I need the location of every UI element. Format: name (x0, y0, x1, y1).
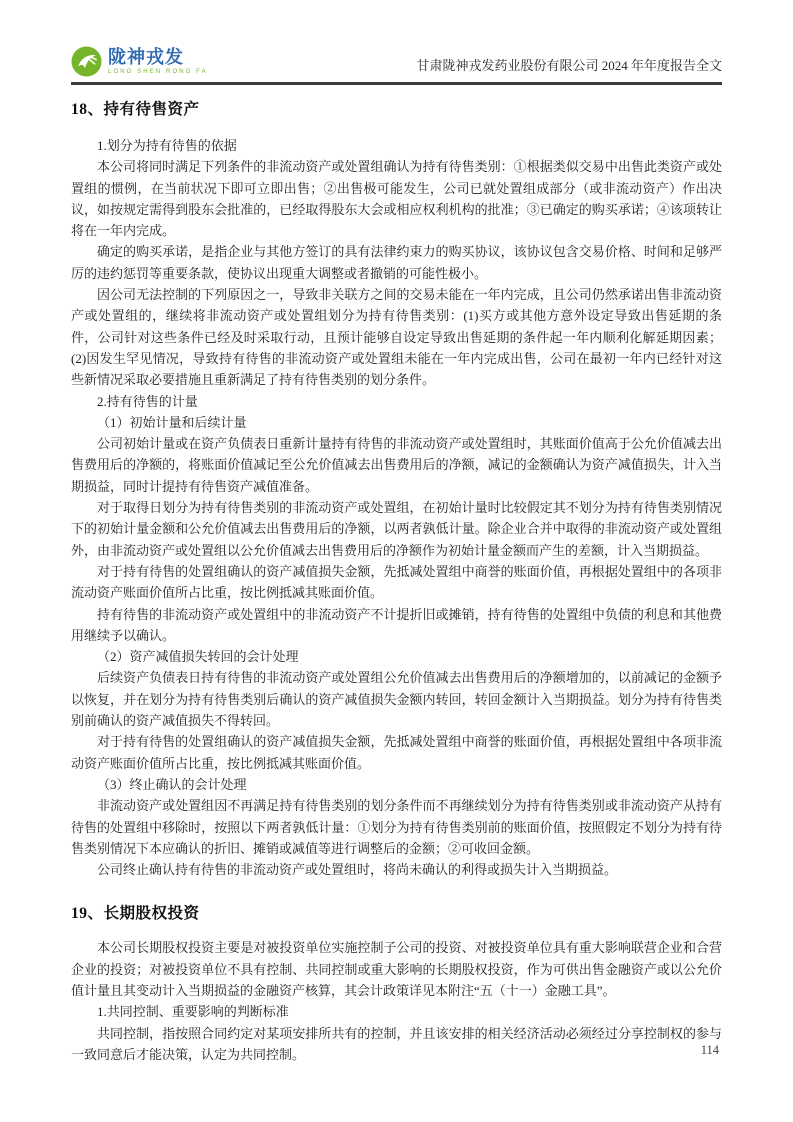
paragraph: 本公司长期股权投资主要是对被投资单位实施控制子公司的投资、对被投资单位具有重大影… (71, 937, 722, 1001)
paragraph: （3）终止确认的会计处理 (71, 774, 722, 795)
paragraph: （1）初始计量和后续计量 (71, 412, 722, 433)
paragraph: 因公司无法控制的下列原因之一，导致非关联方之间的交易未能在一年内完成，且公司仍然… (71, 284, 722, 390)
longshen-logo-icon (71, 46, 102, 77)
logo-name-cn: 陇神戎发 (108, 48, 208, 66)
logo-names: 陇神戎发 LONG SHEN RONG FA (108, 48, 208, 75)
paragraph: 本公司将同时满足下列条件的非流动资产或处置组确认为持有待售类别：①根据类似交易中… (71, 156, 722, 241)
section-held-for-sale-assets: 18、持有待售资产 1.划分为持有待售的依据本公司将同时满足下列条件的非流动资产… (71, 97, 722, 880)
section-long-term-equity-investment: 19、长期股权投资 本公司长期股权投资主要是对被投资单位实施控制子公司的投资、对… (71, 901, 722, 1065)
section-heading: 18、持有待售资产 (71, 97, 722, 119)
section-body: 1.划分为持有待售的依据本公司将同时满足下列条件的非流动资产或处置组确认为持有待… (71, 135, 722, 880)
section-body: 本公司长期股权投资主要是对被投资单位实施控制子公司的投资、对被投资单位具有重大影… (71, 937, 722, 1065)
page-number: 114 (701, 1043, 719, 1058)
paragraph: 持有待售的非流动资产或处置组中的非流动资产不计提折旧或摊销，持有待售的处置组中负… (71, 604, 722, 647)
paragraph: 非流动资产或处置组因不再满足持有待售类别的划分条件而不再继续划分为持有待售类别或… (71, 795, 722, 859)
paragraph: 后续资产负债表日持有待售的非流动资产或处置组公允价值减去出售费用后的净额增加的，… (71, 667, 722, 731)
report-title: 甘肃陇神戎发药业股份有限公司 2024 年年度报告全文 (416, 55, 722, 77)
paragraph: 对于持有待售的处置组确认的资产减值损失金额，先抵减处置组中商誉的账面价值，再根据… (71, 561, 722, 604)
page-header: 陇神戎发 LONG SHEN RONG FA 甘肃陇神戎发药业股份有限公司 20… (71, 46, 722, 85)
paragraph: 1.划分为持有待售的依据 (71, 135, 722, 156)
paragraph: 公司终止确认持有待售的非流动资产或处置组时，将尚未确认的利得或损失计入当期损益。 (71, 859, 722, 880)
paragraph: 2.持有待售的计量 (71, 391, 722, 412)
company-logo: 陇神戎发 LONG SHEN RONG FA (71, 46, 208, 77)
report-page: 陇神戎发 LONG SHEN RONG FA 甘肃陇神戎发药业股份有限公司 20… (0, 0, 793, 1065)
paragraph: 共同控制，指按照合同约定对某项安排所共有的控制，并且该安排的相关经济活动必须经过… (71, 1023, 722, 1066)
paragraph: 1.共同控制、重要影响的判断标准 (71, 1001, 722, 1022)
paragraph: 确定的购买承诺，是指企业与其他方签订的具有法律约束力的购买协议，该协议包含交易价… (71, 241, 722, 284)
section-heading: 19、长期股权投资 (71, 901, 722, 923)
paragraph: 对于取得日划分为持有待售类别的非流动资产或处置组，在初始计量时比较假定其不划分为… (71, 497, 722, 561)
paragraph: （2）资产减值损失转回的会计处理 (71, 646, 722, 667)
paragraph: 公司初始计量或在资产负债表日重新计量持有待售的非流动资产或处置组时，其账面价值高… (71, 433, 722, 497)
logo-name-en: LONG SHEN RONG FA (108, 69, 208, 75)
paragraph: 对于持有待售的处置组确认的资产减值损失金额，先抵减处置组中商誉的账面价值，再根据… (71, 731, 722, 774)
